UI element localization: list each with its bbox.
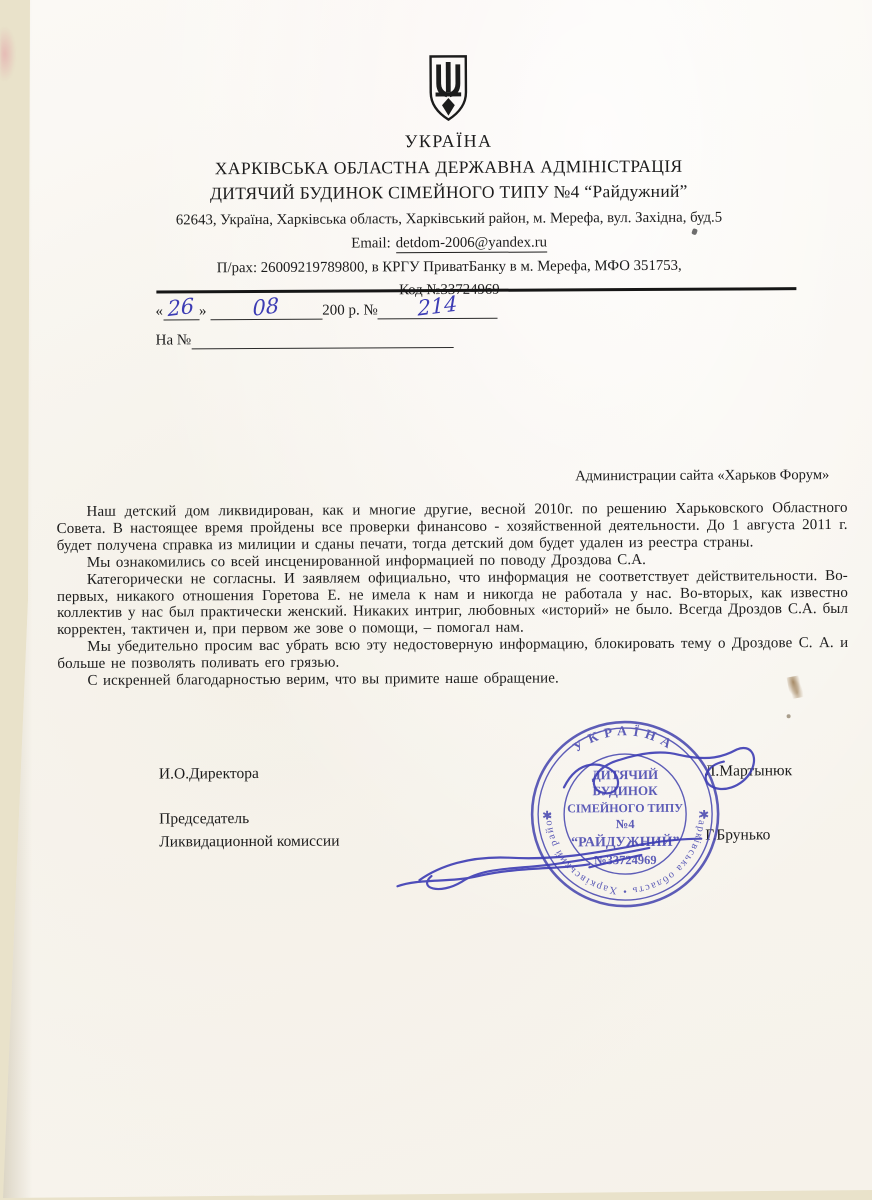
body-paragraph: Мы убедительно просим вас убрать всю эту… [57,635,848,673]
day-blank: 26 [163,299,199,320]
number-blank: 214 [378,298,498,320]
signer-role-line2: Ликвидационной комиссии [159,830,339,854]
reply-label: На № [156,332,192,348]
body-paragraph: Наш детский дом ликвидирован, как и мног… [56,500,847,555]
handwritten-number: 214 [418,294,458,317]
email-address: detdom-2006@yandex.ru [396,234,547,253]
email-line: Email:detdom-2006@yandex.ru [28,233,870,254]
year-number-prefix: 200 р. № [322,302,378,318]
bank-details: П/рах: 26009219789800, в КРГУ ПриватБанк… [28,257,870,278]
org-name-line1: ХАРКІВСЬКА ОБЛАСТНА ДЕРЖАВНА АДМІНІСТРАЦ… [28,155,870,180]
body-paragraph: Категорически не согласны. И заявляем оф… [57,568,848,640]
small-speck [787,714,791,718]
signer-role-line1: Председатель [159,807,339,831]
handwritten-day: 26 [167,297,194,318]
reply-reference-line: На № [156,327,454,350]
signer-role-chairman: Председатель Ликвидационной комиссии [159,807,339,854]
org-name-line2: ДИТЯЧИЙ БУДИНОК СІМЕЙНОГО ТИПУ №4 “Райду… [28,180,870,205]
letterhead: УКРАЇНА ХАРКІВСЬКА ОБЛАСТНА ДЕРЖАВНА АДМ… [27,50,870,301]
letter-content: УКРАЇНА ХАРКІВСЬКА ОБЛАСТНА ДЕРЖАВНА АДМ… [0,0,872,1200]
body-paragraph: С искренней благодарностью верим, что вы… [57,669,848,690]
signature-brunko-stroke [419,839,701,880]
handwritten-signatures [379,716,780,908]
month-blank: 08 [210,299,322,321]
signer-role-director: И.О.Директора [159,765,259,784]
reference-date-line: «26» 08200 р. №214 [155,298,497,321]
letter-body: Наш детский дом ликвидирован, как и мног… [56,500,848,690]
handwritten-month: 08 [253,296,280,317]
country-name: УКРАЇНА [28,129,870,154]
ukraine-coat-of-arms-icon [424,52,472,128]
pink-ink-smudge [0,26,16,82]
signature-martynyuk-stroke [564,748,754,794]
open-bracket: « [155,303,163,319]
reply-blank [191,327,453,349]
org-address: 62643, Україна, Харківська область, Харк… [28,209,870,230]
addressee: Администрации сайта «Харьков Форум» [379,467,829,486]
close-bracket: » [199,303,207,319]
email-label: Email: [351,235,391,251]
